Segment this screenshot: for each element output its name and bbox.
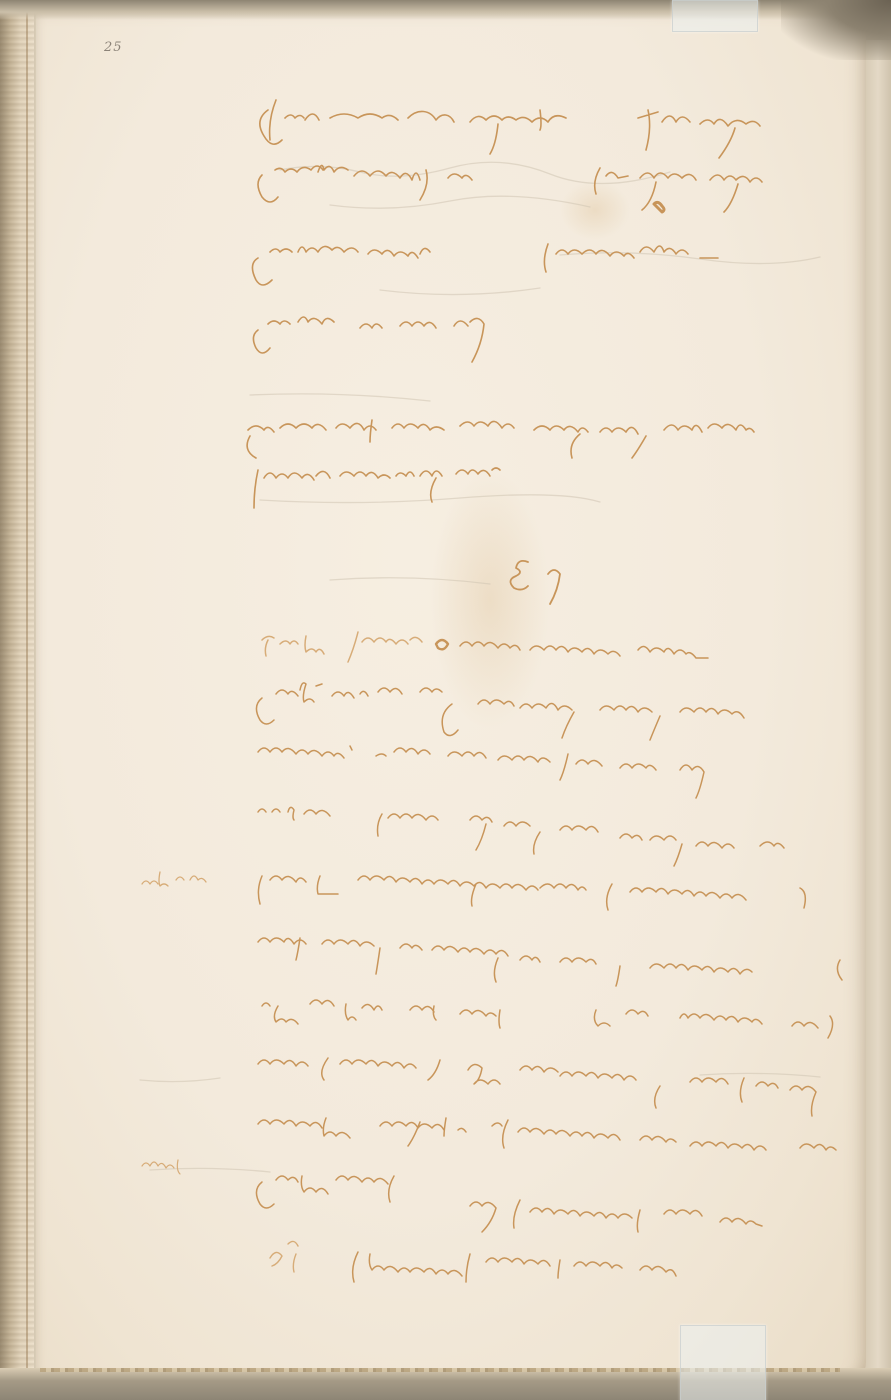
tape-tab-top [672,0,758,32]
text-block-2 [247,420,754,508]
section-mark [510,561,560,604]
text-block-3 [142,632,842,1282]
bleed-through [140,162,820,1172]
text-block-1 [252,100,762,362]
tape-tab-bottom [680,1325,766,1400]
handwriting-layer [0,0,891,1400]
